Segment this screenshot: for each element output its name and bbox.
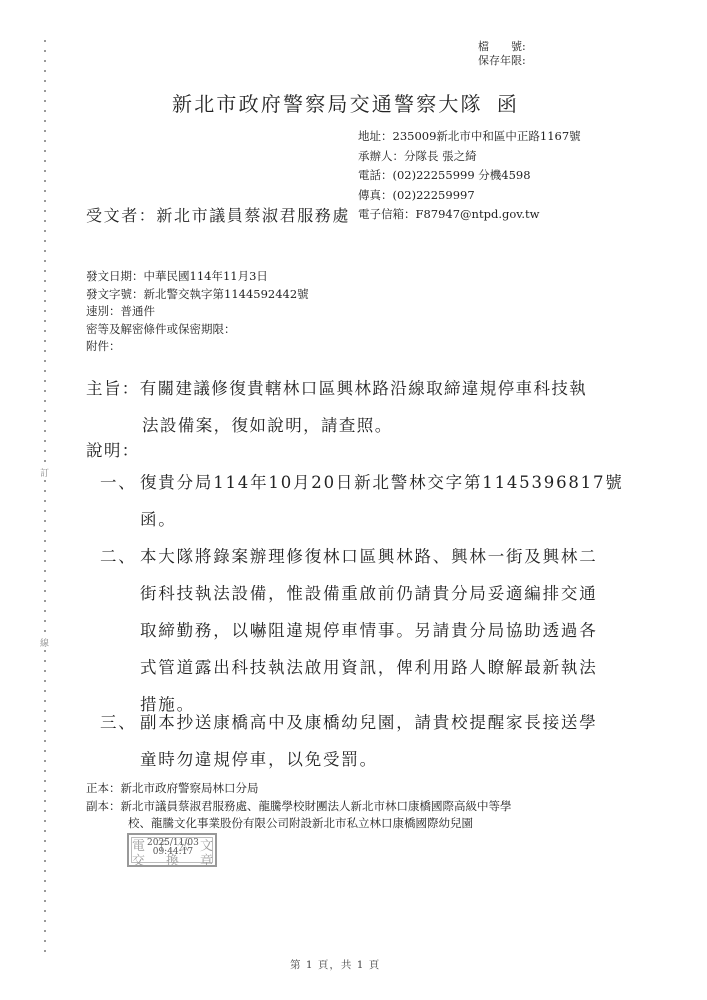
binding-dot	[44, 550, 46, 552]
binding-dot	[44, 540, 46, 542]
doc-type: 函	[497, 92, 519, 116]
binding-dot	[44, 310, 46, 312]
copy-line-2: 校、龍騰文化事業股份有限公司附設新北市私立林口康橋國際幼兒園	[86, 815, 512, 833]
binding-dot	[44, 300, 46, 302]
subject-label: 主旨：	[86, 379, 140, 398]
retention-label: 保存年限:	[478, 54, 526, 68]
binding-char: 訂	[40, 466, 49, 479]
binding-dot	[44, 780, 46, 782]
binding-dot	[44, 490, 46, 492]
binding-dot	[44, 680, 46, 682]
binding-dot	[44, 480, 46, 482]
binding-dot	[44, 170, 46, 172]
binding-dot	[44, 650, 46, 652]
binding-dot	[44, 560, 46, 562]
item-line: 童時勿違規停車，以免受罰。	[100, 741, 598, 778]
stamp-time: 09:44:17	[147, 848, 199, 857]
document-title: 新北市政府警察局交通警察大隊函	[172, 88, 519, 117]
stamp-char: 交	[132, 850, 145, 869]
binding-dot	[44, 40, 46, 42]
classification: 密等及解密條件或保密期限：	[86, 321, 309, 339]
item-line: 式管道露出科技執法啟用資訊，俾利用路人瞭解最新執法	[100, 649, 598, 686]
binding-dot	[44, 950, 46, 952]
agency-name: 新北市政府警察局交通警察大隊	[172, 92, 483, 116]
binding-dot	[44, 730, 46, 732]
binding-dot	[44, 830, 46, 832]
binding-dot	[44, 900, 46, 902]
binding-dot	[44, 390, 46, 392]
binding-dot	[44, 210, 46, 212]
binding-dot	[44, 250, 46, 252]
binding-dot	[44, 500, 46, 502]
binding-dot	[44, 160, 46, 162]
binding-dot	[44, 670, 46, 672]
binding-dot	[44, 270, 46, 272]
item-line: 副本抄送康橋高中及康橋幼兒園，請貴校提醒家長接送學	[140, 713, 598, 732]
item-number: 一、	[100, 464, 140, 501]
phone: 電話：(02)22255999 分機4598	[358, 166, 581, 186]
binding-dot	[44, 190, 46, 192]
binding-dot	[44, 80, 46, 82]
binding-dot	[44, 510, 46, 512]
explanation-item-1: 一、復貴分局114年10月20日新北警林交字第1145396817號 函。	[100, 464, 624, 538]
binding-dot	[44, 110, 46, 112]
binding-dot	[44, 810, 46, 812]
binding-dot	[44, 800, 46, 802]
binding-dot	[44, 350, 46, 352]
binding-dot	[44, 220, 46, 222]
page-info: 第 1 頁，共 1 頁	[290, 957, 380, 972]
binding-dot	[44, 130, 46, 132]
stamp-timestamp: 2025/11/03 09:44:17	[147, 839, 199, 857]
binding-dot	[44, 690, 46, 692]
binding-dot	[44, 570, 46, 572]
binding-dot	[44, 710, 46, 712]
binding-dot	[44, 200, 46, 202]
copy-line-1: 新北市議員蔡淑君服務處、龍騰學校財團法人新北市林口康橋國際高級中等學	[121, 799, 512, 813]
binding-dot	[44, 380, 46, 382]
original-value: 新北市政府警察局林口分局	[121, 781, 259, 795]
copy-label: 副本：	[86, 799, 121, 813]
contact-block: 地址：235009新北市中和區中正路1167號 承辦人：分隊長 張之綺 電話：(…	[358, 127, 581, 225]
binding-dot	[44, 590, 46, 592]
binding-dot	[44, 940, 46, 942]
binding-dot	[44, 870, 46, 872]
binding-dot	[44, 440, 46, 442]
address: 地址：235009新北市中和區中正路1167號	[358, 127, 581, 147]
binding-dot	[44, 460, 46, 462]
binding-dot	[44, 60, 46, 62]
binding-dot	[44, 880, 46, 882]
explanation-item-3: 三、副本抄送康橋高中及康橋幼兒園，請貴校提醒家長接送學 童時勿違規停車，以免受罰…	[100, 704, 598, 778]
document-meta: 發文日期：中華民國114年11月3日 發文字號：新北警交執字第114459244…	[86, 268, 309, 356]
handler: 承辦人：分隊長 張之綺	[358, 147, 581, 167]
binding-dot	[44, 410, 46, 412]
binding-dot	[44, 240, 46, 242]
binding-dot	[44, 280, 46, 282]
email: 電子信箱：F87947@ntpd.gov.tw	[358, 205, 581, 225]
binding-dot	[44, 120, 46, 122]
binding-dot	[44, 70, 46, 72]
binding-dot	[44, 580, 46, 582]
binding-dot	[44, 860, 46, 862]
binding-dot	[44, 630, 46, 632]
item-line: 復貴分局114年10月20日新北警林交字第1145396817號	[140, 473, 624, 492]
binding-dot	[44, 90, 46, 92]
binding-dot	[44, 230, 46, 232]
binding-char: 線	[40, 636, 49, 649]
binding-margin: 訂線	[40, 40, 50, 960]
recipient-label: 受文者：	[86, 206, 156, 225]
binding-dot	[44, 610, 46, 612]
item-line: 本大隊將錄案辦理修復林口區興林路、興林一街及興林二	[140, 547, 598, 566]
binding-dot	[44, 930, 46, 932]
subject: 主旨：有關建議修復貴轄林口區興林路沿線取締違規停車科技執 法設備案，復如說明，請…	[86, 370, 587, 444]
stamp-char: 章	[200, 850, 213, 869]
subject-line-1: 有關建議修復貴轄林口區興林路沿線取締違規停車科技執	[140, 379, 588, 398]
binding-dot	[44, 450, 46, 452]
item-line: 函。	[100, 501, 624, 538]
binding-dot	[44, 140, 46, 142]
doc-number: 發文字號：新北警交執字第1144592442號	[86, 286, 309, 304]
binding-dot	[44, 520, 46, 522]
binding-dot	[44, 840, 46, 842]
recipient: 受文者：新北市議員蔡淑君服務處	[86, 203, 350, 226]
electronic-exchange-stamp: 電 子 公 文 交 換 章 2025/11/03 09:44:17	[127, 833, 217, 867]
binding-dot	[44, 400, 46, 402]
binding-dot	[44, 360, 46, 362]
binding-dot	[44, 370, 46, 372]
subject-line-2: 法設備案，復如說明，請查照。	[86, 407, 587, 444]
recipient-value: 新北市議員蔡淑君服務處	[156, 206, 350, 225]
binding-dot	[44, 620, 46, 622]
binding-dot	[44, 330, 46, 332]
binding-dot	[44, 340, 46, 342]
item-number: 二、	[100, 538, 140, 575]
binding-dot	[44, 180, 46, 182]
binding-dot	[44, 760, 46, 762]
original-label: 正本：	[86, 781, 121, 795]
binding-dot	[44, 600, 46, 602]
archive-info: 檔 號: 保存年限:	[478, 40, 526, 68]
file-number-label: 檔 號:	[478, 40, 526, 54]
fax: 傳真：(02)22259997	[358, 186, 581, 206]
binding-dot	[44, 750, 46, 752]
binding-dot	[44, 850, 46, 852]
binding-dot	[44, 150, 46, 152]
speed: 速別：普通件	[86, 303, 309, 321]
item-line: 取締勤務，以嚇阻違規停車情事。另請貴分局協助透過各	[100, 612, 598, 649]
binding-dot	[44, 290, 46, 292]
attachments: 附件：	[86, 338, 309, 356]
binding-dot	[44, 920, 46, 922]
binding-dot	[44, 260, 46, 262]
binding-dot	[44, 420, 46, 422]
binding-dot	[44, 530, 46, 532]
explanation-item-2: 二、本大隊將錄案辦理修復林口區興林路、興林一街及興林二 街科技執法設備，惟設備重…	[100, 538, 598, 723]
binding-dot	[44, 890, 46, 892]
binding-dot	[44, 320, 46, 322]
binding-dot	[44, 720, 46, 722]
binding-dot	[44, 740, 46, 742]
binding-dot	[44, 50, 46, 52]
distribution: 正本：新北市政府警察局林口分局 副本：新北市議員蔡淑君服務處、龍騰學校財團法人新…	[86, 780, 512, 833]
binding-dot	[44, 660, 46, 662]
item-number: 三、	[100, 704, 140, 741]
binding-dot	[44, 820, 46, 822]
binding-dot	[44, 700, 46, 702]
binding-dot	[44, 770, 46, 772]
binding-dot	[44, 100, 46, 102]
binding-dot	[44, 910, 46, 912]
issue-date: 發文日期：中華民國114年11月3日	[86, 268, 309, 286]
explanation-label: 說明：	[86, 437, 140, 461]
binding-dot	[44, 790, 46, 792]
item-line: 街科技執法設備，惟設備重啟前仍請貴分局妥適編排交通	[100, 575, 598, 612]
binding-dot	[44, 430, 46, 432]
